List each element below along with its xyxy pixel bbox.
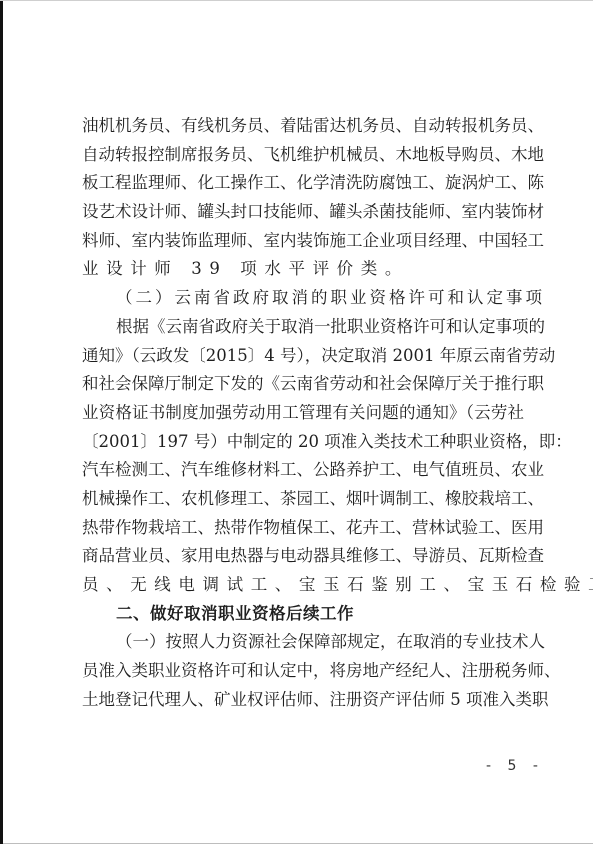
text-line: 自动转报控制席报务员、飞机维护机械员、木地板导购员、木地	[82, 141, 524, 170]
body-text: 油机机务员、有线机务员、着陆雷达机务员、自动转报机务员、 自动转报控制席报务员、…	[82, 112, 524, 714]
text-line: 热带作物栽培工、热带作物植保工、花卉工、营林试验工、医用	[82, 514, 524, 543]
document-page: 油机机务员、有线机务员、着陆雷达机务员、自动转报机务员、 自动转报控制席报务员、…	[0, 0, 593, 844]
text-line: 通知》（云政发〔2015〕4 号），决定取消 2001 年原云南省劳动	[82, 342, 524, 371]
text-line: 设艺术设计师、罐头封口技能师、罐头杀菌技能师、室内装饰材	[82, 198, 524, 227]
text-line: 料师、室内装饰监理师、室内装饰施工企业项目经理、中国轻工	[82, 227, 524, 256]
text-line: 员、无线电调试工、宝玉石鉴别工、宝玉石检验工。	[82, 571, 524, 600]
text-line: 商品营业员、家用电热器与电动器具维修工、导游员、瓦斯检查	[82, 542, 524, 571]
paragraph-first-line: （一）按照人力资源社会保障部规定，在取消的专业技术人	[82, 628, 524, 657]
paragraph-first-line: 根据《云南省政府关于取消一批职业资格许可和认定事项的	[82, 313, 524, 342]
text-line: 〔2001〕197 号）中制定的 20 项准入类技术工种职业资格，即：	[82, 428, 524, 457]
text-line: 员准入类职业资格许可和认定中，将房地产经纪人、注册税务师、	[82, 657, 524, 686]
text-line: 汽车检测工、汽车维修材料工、公路养护工、电气值班员、农业	[82, 456, 524, 485]
text-line: 机械操作工、农机修理工、茶园工、烟叶调制工、橡胶栽培工、	[82, 485, 524, 514]
scan-edge-border	[0, 1, 3, 844]
section-heading: 二、做好取消职业资格后续工作	[82, 600, 524, 629]
page-number: - 5 -	[486, 758, 544, 774]
text-line: 板工程监理师、化工操作工、化学清洗防腐蚀工、旋涡炉工、陈	[82, 169, 524, 198]
section-subheading: （二）云南省政府取消的职业资格许可和认定事项	[82, 284, 524, 313]
text-line: 业设计师 39 项水平评价类。	[82, 255, 524, 284]
text-line: 业资格证书制度加强劳动用工管理有关问题的通知》（云劳社	[82, 399, 524, 428]
text-line: 和社会保障厅制定下发的《云南省劳动和社会保障厅关于推行职	[82, 370, 524, 399]
text-line: 油机机务员、有线机务员、着陆雷达机务员、自动转报机务员、	[82, 112, 524, 141]
text-line: 土地登记代理人、矿业权评估师、注册资产评估师 5 项准入类职	[82, 686, 524, 715]
